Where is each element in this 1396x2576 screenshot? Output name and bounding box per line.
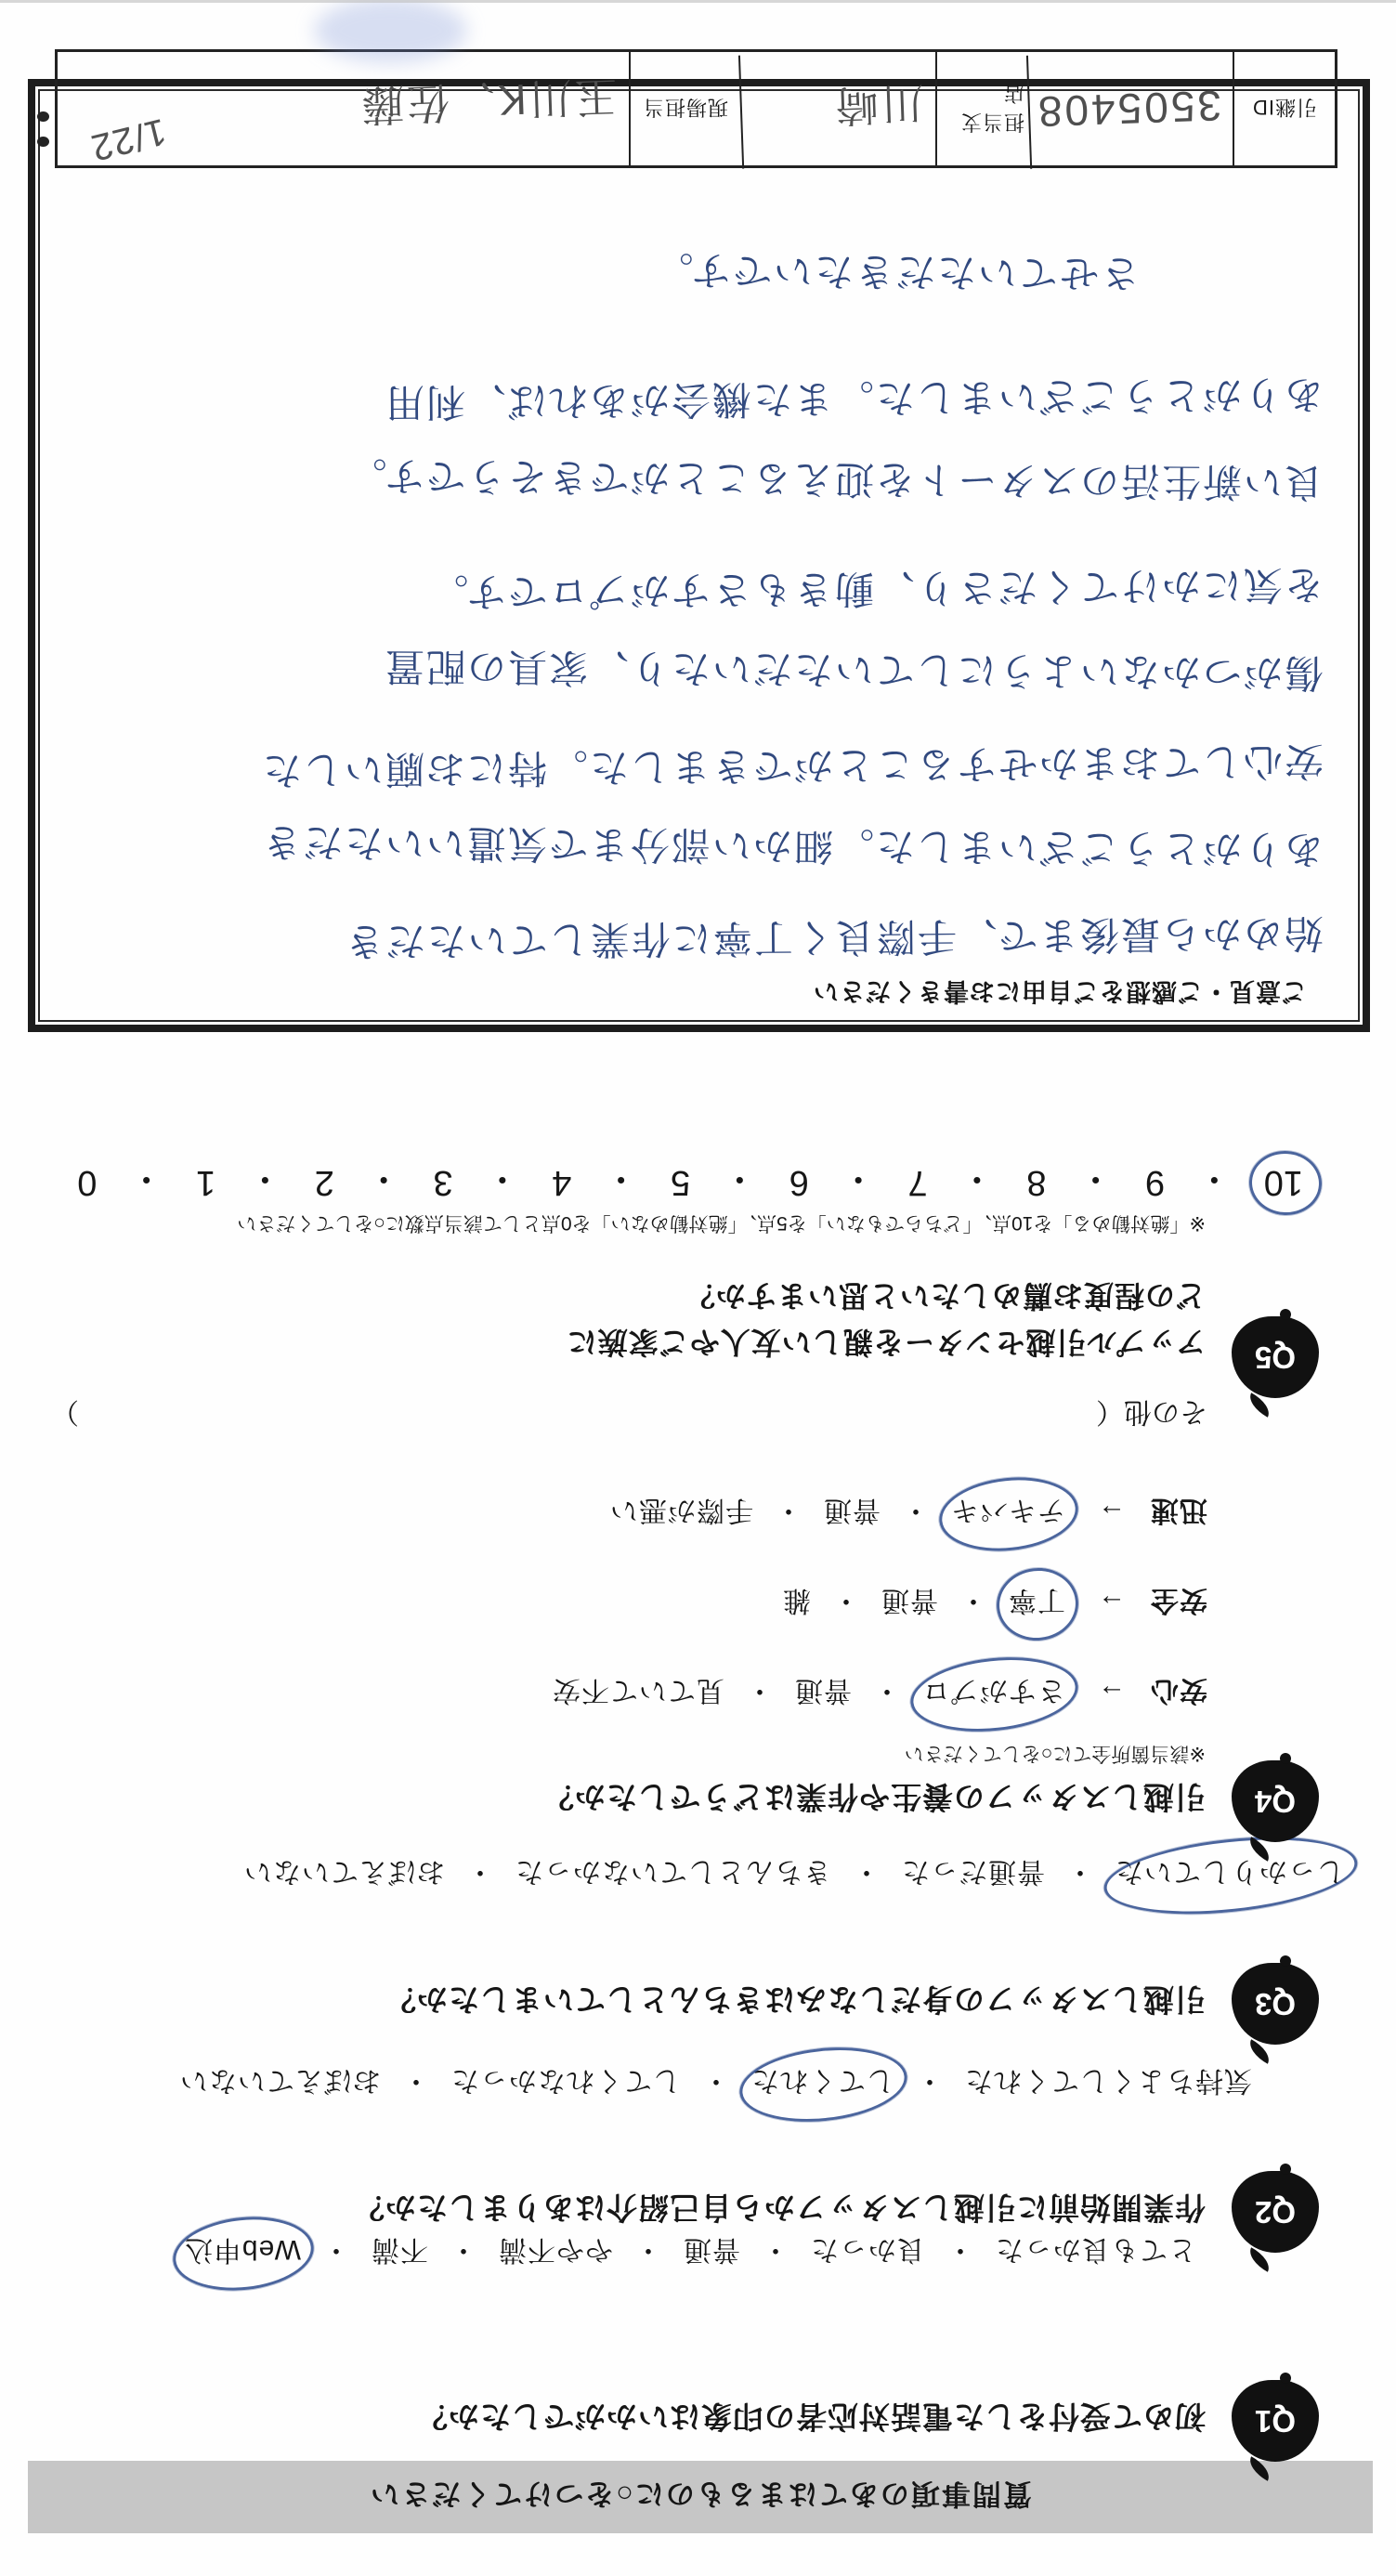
question-3-text: 引越しスタッフの身だしなみはきちんとしていましたか？ bbox=[385, 1977, 1206, 2046]
option-separator: ・ bbox=[959, 1583, 987, 1624]
option: 雑 bbox=[782, 1583, 811, 1624]
instruction-bar-text: 質問事項のあてはまるものに○をつけてください bbox=[369, 2477, 1032, 2518]
arrow-icon: → bbox=[1097, 1497, 1126, 1529]
scale-separator: ・ bbox=[247, 1157, 282, 1208]
scale-value: 3 bbox=[433, 1162, 452, 1202]
arrow-icon: → bbox=[1097, 1588, 1126, 1619]
scale-value: 0 bbox=[77, 1162, 97, 1202]
other-paren-close: ） bbox=[51, 1394, 79, 1435]
scan-edge-line bbox=[0, 0, 1396, 3]
arrow-icon: → bbox=[1097, 1678, 1126, 1709]
other-paren-open: （ bbox=[1096, 1394, 1124, 1435]
question-3: Q3 引越しスタッフの身だしなみはきちんとしていましたか？ bbox=[385, 1963, 1319, 2045]
handwriting-line: 始めから最後まで、手際良く丁寧に作業していただき bbox=[344, 908, 1324, 972]
scale-value: 9 bbox=[1145, 1162, 1165, 1202]
question-2-options: 気持ちよくしてくれた・してくれた・してくれなかった・おぼえていない bbox=[179, 2063, 1252, 2104]
question-5-text: アップル引越センターを親しい友人やご家族に どの程度お薦めしたいと思いますか？ bbox=[567, 1273, 1206, 1398]
scale-separator: ・ bbox=[129, 1157, 164, 1208]
option-separator: ・ bbox=[321, 2234, 350, 2265]
question-5-line2: どの程度お薦めしたいと思いますか？ bbox=[567, 1273, 1206, 1319]
scale-separator: ・ bbox=[604, 1157, 639, 1208]
option-separator: ・ bbox=[701, 2065, 730, 2096]
option-circled: テキパキ bbox=[950, 1493, 1065, 1534]
option-circled: しっかりしていた bbox=[1115, 1854, 1345, 1895]
comment-box-label: ご意見・ご感想をご自由にお書きください bbox=[813, 975, 1307, 1012]
handwriting-line: 安心しておまかせすることができました。特にお願いした bbox=[261, 736, 1324, 801]
comment-box-inner-border bbox=[38, 89, 1360, 1022]
apple-q4-icon: Q4 bbox=[1232, 1760, 1319, 1842]
option-separator: ・ bbox=[745, 1673, 774, 1714]
apple-q3-icon: Q3 bbox=[1232, 1963, 1319, 2045]
option-separator: ・ bbox=[852, 1856, 881, 1887]
handwriting-line: 傷がつかないようにしていただいたり、家具の配置 bbox=[384, 641, 1324, 703]
footer-label-cell: 現場担当 bbox=[629, 52, 740, 165]
nps-scale: 10・9・8・7・6・5・4・3・2・1・0 bbox=[77, 1157, 1303, 1208]
apple-q2-icon: Q2 bbox=[1232, 2171, 1319, 2253]
footer-label-cell: 引継ID bbox=[1233, 52, 1335, 165]
question-1-text: 初めて受付をした電話対応者の印象はいかがでしたか？ bbox=[416, 2394, 1206, 2463]
option-separator: ・ bbox=[901, 1493, 930, 1534]
scale-separator: ・ bbox=[959, 1157, 995, 1208]
option: 普通 bbox=[881, 1583, 938, 1624]
option-separator: ・ bbox=[774, 1493, 802, 1534]
footer-label-cell: 担当支店 bbox=[935, 52, 1028, 165]
handwriting-line: ありがとうございました。また機会があれば、利用 bbox=[384, 369, 1324, 433]
scale-value-circled: 10 bbox=[1264, 1162, 1303, 1202]
comment-box: ご意見・ご感想をご自由にお書きください 始めから最後まで、手際良く丁寧に作業して… bbox=[28, 79, 1370, 1032]
scale-separator: ・ bbox=[722, 1157, 757, 1208]
scale-value: 7 bbox=[907, 1162, 927, 1202]
question-4: Q4 引越しスタッフの養生や作業はどうでしたか？ ※該当箇所全てに○をしてくださ… bbox=[542, 1739, 1319, 1842]
option-separator: ・ bbox=[401, 2065, 430, 2096]
question-5-note: ※「絶対勧める」を10点、「どちらでもない」を5点、「絶対勧めない」を0点として… bbox=[237, 1210, 1206, 1238]
date-handwritten: 1/22 bbox=[86, 110, 170, 168]
other-label: その他 bbox=[1124, 1394, 1207, 1435]
option-separator: ・ bbox=[872, 1673, 901, 1714]
question-3-options: しっかりしていた・普通だった・きちんとしていなかった・おぼえていない bbox=[243, 1854, 1345, 1895]
footer-value-cell: 川崎 bbox=[738, 48, 937, 168]
option: 普通 bbox=[823, 1493, 881, 1534]
option: 気持ちよくしてくれた bbox=[964, 2063, 1252, 2104]
q4-row: 安全→丁寧・普通・雑 bbox=[552, 1583, 1207, 1624]
option-separator: ・ bbox=[465, 1856, 494, 1887]
q4-row-label: 迅速 bbox=[1150, 1493, 1207, 1534]
option-circled: 丁寧 bbox=[1008, 1583, 1065, 1624]
option-separator: ・ bbox=[915, 2065, 944, 2096]
scan-artifact-dots bbox=[37, 97, 49, 147]
apple-q5-icon: Q5 bbox=[1232, 1316, 1319, 1398]
scale-separator: ・ bbox=[841, 1157, 876, 1208]
option-circled: Web申込 bbox=[184, 2232, 301, 2273]
instruction-bar: 質問事項のあてはまるものに○をつけてください bbox=[28, 2461, 1373, 2533]
option-separator: ・ bbox=[831, 1583, 860, 1624]
question-4-other-row: その他 （ ） bbox=[51, 1394, 1207, 1435]
question-4-text: 引越しスタッフの養生や作業はどうでしたか？ ※該当箇所全てに○をしてください bbox=[542, 1739, 1206, 1842]
scale-value: 5 bbox=[671, 1162, 690, 1202]
scale-value: 8 bbox=[1026, 1162, 1046, 1202]
q4-row: 安心→さすがプロ・普通・見ていて不安 bbox=[552, 1673, 1207, 1714]
option-circled: してくれた bbox=[750, 2063, 894, 2104]
scale-value: 6 bbox=[789, 1162, 809, 1202]
scale-value: 4 bbox=[552, 1162, 571, 1202]
q4-row: 迅速→テキパキ・普通・手際が悪い bbox=[552, 1493, 1207, 1534]
q4-row-label: 安心 bbox=[1150, 1673, 1207, 1714]
option-separator: ・ bbox=[1065, 1856, 1094, 1887]
option: 普通 bbox=[794, 1673, 852, 1714]
scale-separator: ・ bbox=[366, 1157, 401, 1208]
handwriting-line: 良い新生活のスタートを迎えることができそうです。 bbox=[346, 451, 1324, 513]
question-4-note: ※該当箇所全てに○をしてください bbox=[542, 1739, 1206, 1769]
handwriting-line: ありがとうございました。細かい部分まで気遣いいただき bbox=[261, 817, 1324, 880]
scale-separator: ・ bbox=[485, 1157, 520, 1208]
option: おぼえていない bbox=[179, 2063, 381, 2104]
option: おぼえていない bbox=[243, 1854, 445, 1895]
option: 見ていて不安 bbox=[552, 1673, 724, 1714]
option-circled: さすがプロ bbox=[921, 1673, 1065, 1714]
scan-artifact-smudge bbox=[314, 0, 467, 63]
question-2-text: 作業開始前に引越しスタッフから自己紹介はありましたか？ bbox=[353, 2185, 1206, 2254]
question-5-line1: アップル引越センターを親しい友人やご家族に bbox=[567, 1318, 1206, 1365]
footer-value-cell: 3505408 bbox=[1026, 48, 1234, 169]
scale-value: 1 bbox=[196, 1162, 215, 1202]
scale-separator: ・ bbox=[1196, 1157, 1232, 1208]
question-4-text-main: 引越しスタッフの養生や作業はどうでしたか？ bbox=[542, 1780, 1206, 1814]
handwriting-line: を気にかけてくださり、動きもさすがプロです。 bbox=[427, 559, 1324, 622]
question-4-rating-rows: 安心→さすがプロ・普通・見ていて不安安全→丁寧・普通・雑迅速→テキパキ・普通・手… bbox=[552, 1444, 1207, 1714]
scale-separator: ・ bbox=[1078, 1157, 1114, 1208]
other-blank-field bbox=[79, 1394, 1096, 1435]
question-2: Q2 作業開始前に引越しスタッフから自己紹介はありましたか？ bbox=[353, 2171, 1319, 2253]
option: してくれなかった bbox=[450, 2063, 681, 2104]
option: きちんとしていなかった bbox=[515, 1854, 831, 1895]
scanned-survey-page: 質問事項のあてはまるものに○をつけてください Q1 初めて受付をした電話対応者の… bbox=[0, 0, 1396, 2576]
footer-value-cell: 玉川K、佐藤1/22 bbox=[56, 42, 631, 175]
option: 手際が悪い bbox=[609, 1493, 753, 1534]
rotated-scan-content: 質問事項のあてはまるものに○をつけてください Q1 初めて受付をした電話対応者の… bbox=[0, 0, 1396, 2576]
handwriting-line: させていただきたいです。 bbox=[652, 244, 1140, 304]
q4-row-label: 安全 bbox=[1150, 1583, 1207, 1624]
handover-info-table: 引継ID3505408担当支店川崎現場担当玉川K、佐藤1/22 bbox=[55, 49, 1337, 168]
option: 普通だった bbox=[901, 1854, 1045, 1895]
question-5: Q5 アップル引越センターを親しい友人やご家族に どの程度お薦めしたいと思います… bbox=[567, 1273, 1319, 1398]
scale-value: 2 bbox=[315, 1162, 334, 1202]
apple-q1-icon: Q1 bbox=[1232, 2380, 1319, 2462]
question-1: Q1 初めて受付をした電話対応者の印象はいかがでしたか？ bbox=[416, 2380, 1319, 2462]
